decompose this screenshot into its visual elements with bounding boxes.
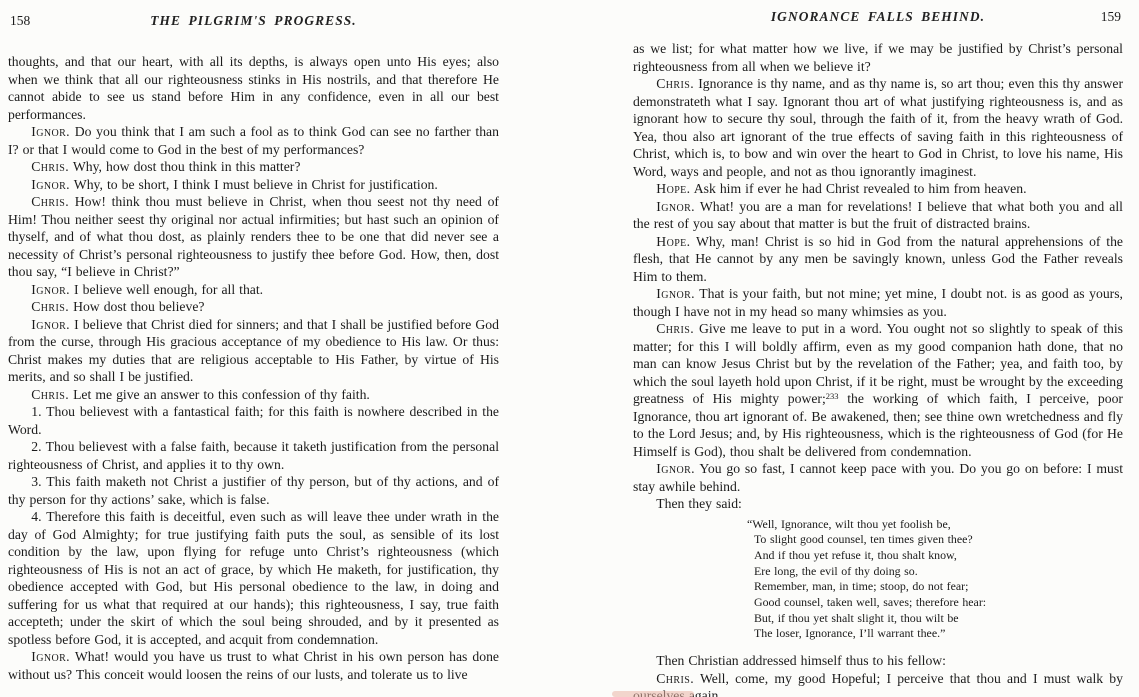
dialogue-text: Why, man! Christ is so hid in God from t… <box>633 234 1123 284</box>
dialogue-paragraph: Chris. Well, come, my good Hopeful; I pe… <box>633 670 1123 697</box>
dialogue-paragraph: Ignor. You go so fast, I cannot keep pac… <box>633 460 1123 495</box>
dialogue-text: Ask him if ever he had Christ revealed t… <box>694 181 1027 196</box>
speaker-name: Hope. <box>656 181 690 196</box>
dialogue-text: What! you are a man for revelations! I b… <box>633 199 1123 232</box>
dialogue-paragraph: Chris. How! think thou must believe in C… <box>8 193 499 281</box>
dialogue-paragraph: Ignor. I believe that Christ died for si… <box>8 316 499 386</box>
right-page: IGNORANCE FALLS BEHIND. 159 as we list; … <box>633 0 1123 697</box>
dialogue-paragraph: Chris. Give me leave to put in a word. Y… <box>633 320 1123 460</box>
speaker-name: Chris. <box>31 299 69 314</box>
speaker-name: Chris. <box>31 159 69 174</box>
dialogue-paragraph: Chris. Let me give an answer to this con… <box>8 386 499 404</box>
poem-line: Good counsel, taken well, saves; therefo… <box>754 595 1123 611</box>
dialogue-paragraph: Ignor. What! would you have us trust to … <box>8 648 499 683</box>
dialogue-paragraph: Ignor. Do you think that I am such a foo… <box>8 123 499 158</box>
left-page: 158 THE PILGRIM'S PROGRESS. thoughts, an… <box>8 0 499 683</box>
dialogue-text: Well, come, my good Hopeful; I perceive … <box>633 671 1123 697</box>
poem: “Well, Ignorance, wilt thou yet foolish … <box>754 517 1123 643</box>
narration-line: Then Christian addressed himself thus to… <box>633 652 1123 670</box>
dialogue-text: You go so fast, I cannot keep pace with … <box>633 461 1123 494</box>
speaker-name: Chris. <box>656 76 694 91</box>
dialogue-text: Why, to be short, I think I must believe… <box>74 177 438 192</box>
speaker-name: Ignor. <box>656 286 695 301</box>
left-running-title: THE PILGRIM'S PROGRESS. <box>8 13 499 29</box>
paragraph-continuation: thoughts, and that our heart, with all i… <box>8 53 499 123</box>
narration-line: Then they said: <box>633 495 1123 513</box>
numbered-point: 2. Thou believest with a false faith, be… <box>8 438 499 473</box>
dialogue-text: How! think thou must believe in Christ, … <box>8 194 499 279</box>
right-page-number: 159 <box>1101 9 1121 25</box>
right-running-head: IGNORANCE FALLS BEHIND. 159 <box>633 9 1123 27</box>
footnote-reference: 233 <box>826 391 839 401</box>
dialogue-text: Let me give an answer to this confession… <box>73 387 370 402</box>
numbered-point: 4. Therefore this faith is deceitful, ev… <box>8 508 499 648</box>
poem-line: And if thou yet refuse it, thou shalt kn… <box>754 548 1123 564</box>
dialogue-paragraph: Ignor. Why, to be short, I think I must … <box>8 176 499 194</box>
dialogue-text: That is your faith, but not mine; yet mi… <box>633 286 1123 319</box>
dialogue-paragraph: Chris. Ignorance is thy name, and as thy… <box>633 75 1123 180</box>
dialogue-text: I believe well enough, for all that. <box>74 282 263 297</box>
speaker-name: Ignor. <box>31 282 70 297</box>
poem-line: Ere long, the evil of thy doing so. <box>754 564 1123 580</box>
dialogue-text: Ignorance is thy name, and as thy name i… <box>633 76 1123 179</box>
dialogue-paragraph: Ignor. What! you are a man for revelatio… <box>633 198 1123 233</box>
speaker-name: Ignor. <box>656 199 695 214</box>
book-spread: 158 THE PILGRIM'S PROGRESS. thoughts, an… <box>0 0 1139 697</box>
dialogue-text: Why, how dost thou think in this matter? <box>73 159 301 174</box>
speaker-name: Ignor. <box>656 461 695 476</box>
poem-line: “Well, Ignorance, wilt thou yet foolish … <box>747 517 1123 533</box>
speaker-name: Chris. <box>656 671 694 686</box>
speaker-name: Ignor. <box>31 177 70 192</box>
scan-smudge <box>612 691 694 697</box>
left-running-head: 158 THE PILGRIM'S PROGRESS. <box>8 13 499 31</box>
speaker-name: Chris. <box>656 321 694 336</box>
speaker-name: Chris. <box>31 387 69 402</box>
speaker-name: Chris. <box>31 194 69 209</box>
poem-line: Remember, man, in time; stoop, do not fe… <box>754 579 1123 595</box>
left-page-number: 158 <box>10 13 30 29</box>
dialogue-text: I believe that Christ died for sinners; … <box>8 317 499 385</box>
poem-line: But, if thou yet shalt slight it, thou w… <box>754 611 1123 627</box>
paragraph-continuation: as we list; for what matter how we live,… <box>633 40 1123 75</box>
dialogue-paragraph: Chris. Why, how dost thou think in this … <box>8 158 499 176</box>
speaker-name: Ignor. <box>31 124 70 139</box>
dialogue-paragraph: Chris. How dost thou believe? <box>8 298 499 316</box>
right-running-title: IGNORANCE FALLS BEHIND. <box>633 9 1123 25</box>
dialogue-text: Do you think that I am such a fool as to… <box>8 124 499 157</box>
dialogue-paragraph: Hope. Why, man! Christ is so hid in God … <box>633 233 1123 286</box>
speaker-name: Ignor. <box>31 649 70 664</box>
numbered-point: 1. Thou believest with a fantastical fai… <box>8 403 499 438</box>
left-page-body: thoughts, and that our heart, with all i… <box>8 53 499 683</box>
poem-line: To slight good counsel, ten times given … <box>754 532 1123 548</box>
numbered-point: 3. This faith maketh not Christ a justif… <box>8 473 499 508</box>
poem-line: The loser, Ignorance, I’ll warrant thee.… <box>754 626 1123 642</box>
dialogue-paragraph: Ignor. I believe well enough, for all th… <box>8 281 499 299</box>
dialogue-text: How dost thou believe? <box>73 299 204 314</box>
dialogue-paragraph: Ignor. That is your faith, but not mine;… <box>633 285 1123 320</box>
dialogue-text: What! would you have us trust to what Ch… <box>8 649 499 682</box>
speaker-name: Hope. <box>656 234 690 249</box>
right-page-body: as we list; for what matter how we live,… <box>633 40 1123 697</box>
dialogue-paragraph: Hope. Ask him if ever he had Christ reve… <box>633 180 1123 198</box>
speaker-name: Ignor. <box>31 317 70 332</box>
